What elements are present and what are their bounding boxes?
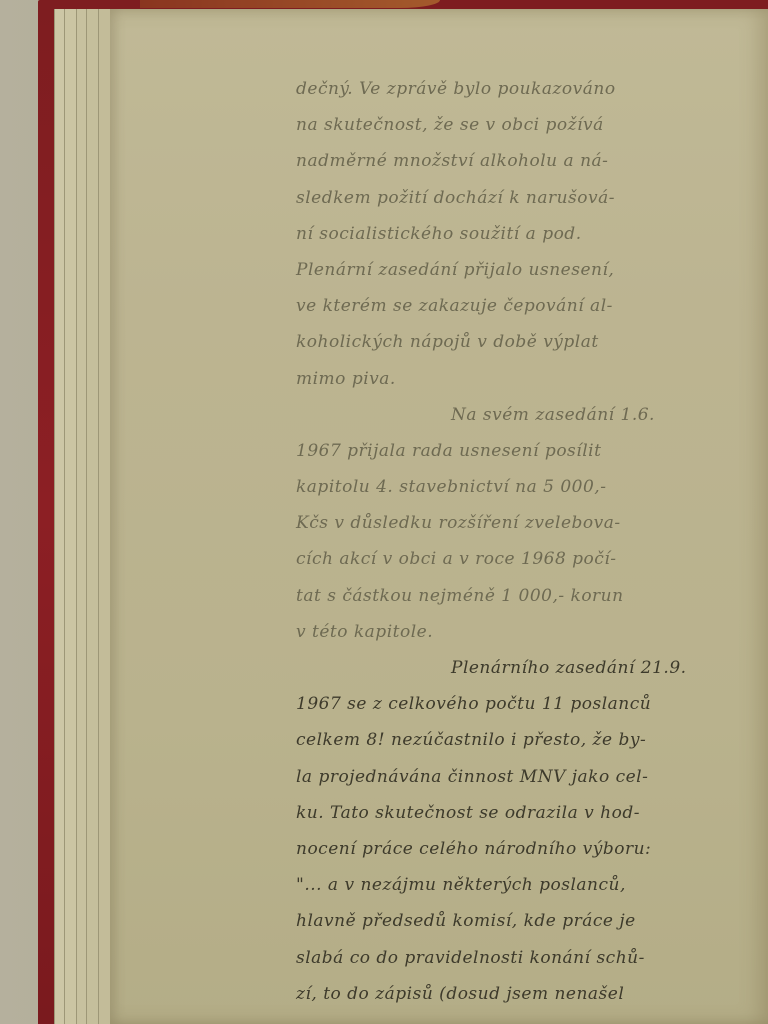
text-line: v této kapitole.: [296, 614, 736, 650]
book-cover-top-edge: [140, 0, 440, 8]
text-line: nadměrné množství alkoholu a ná-: [296, 143, 736, 179]
text-line: mimo piva.: [296, 361, 736, 397]
text-line: Plenární zasedání přijalo usnesení,: [296, 252, 736, 288]
text-line: dečný. Ve zprávě bylo poukazováno: [296, 71, 736, 107]
text-line: celkem 8! nezúčastnilo i přesto, že by-: [296, 722, 736, 758]
text-line: na skutečnost, že se v obci požívá: [296, 107, 736, 143]
text-line: ve kterém se zakazuje čepování al-: [296, 288, 736, 324]
text-line: tat s částkou nejméně 1 000,- korun: [296, 578, 736, 614]
text-line: 1967 přijala rada usnesení posílit: [296, 433, 736, 469]
text-line: ku. Tato skutečnost se odrazila v hod-: [296, 795, 736, 831]
text-line: zí, to do zápisů (dosud jsem nenašel: [296, 976, 736, 1012]
handwritten-text-block: dečný. Ve zprávě bylo poukazováno na sku…: [296, 71, 736, 1012]
text-line: nocení práce celého národního výboru:: [296, 831, 736, 867]
paragraph-start-line: Na svém zasedání 1.6.: [296, 397, 736, 433]
text-line: sledkem požití dochází k narušová-: [296, 180, 736, 216]
text-line: slabá co do pravidelnosti konání schů-: [296, 940, 736, 976]
text-line: 1967 se z celkového počtu 11 poslanců: [296, 686, 736, 722]
text-line: la projednávána činnost MNV jako cel-: [296, 759, 736, 795]
chronicle-page: dečný. Ve zprávě bylo poukazováno na sku…: [110, 9, 768, 1024]
text-line: Kčs v důsledku rozšíření zvelebova-: [296, 505, 736, 541]
text-line: "... a v nezájmu některých poslanců,: [296, 867, 736, 903]
text-line: koholických nápojů v době výplat: [296, 324, 736, 360]
text-line: cích akcí v obci a v roce 1968 počí-: [296, 541, 736, 577]
text-line: ní socialistického soužití a pod.: [296, 216, 736, 252]
photo-scene: dečný. Ve zprávě bylo poukazováno na sku…: [0, 0, 768, 1024]
text-line: kapitolu 4. stavebnictví na 5 000,-: [296, 469, 736, 505]
page-stack: dečný. Ve zprávě bylo poukazováno na sku…: [54, 9, 768, 1024]
paragraph-start-line: Plenárního zasedání 21.9.: [296, 650, 736, 686]
text-line: hlavně předsedů komisí, kde práce je: [296, 903, 736, 939]
